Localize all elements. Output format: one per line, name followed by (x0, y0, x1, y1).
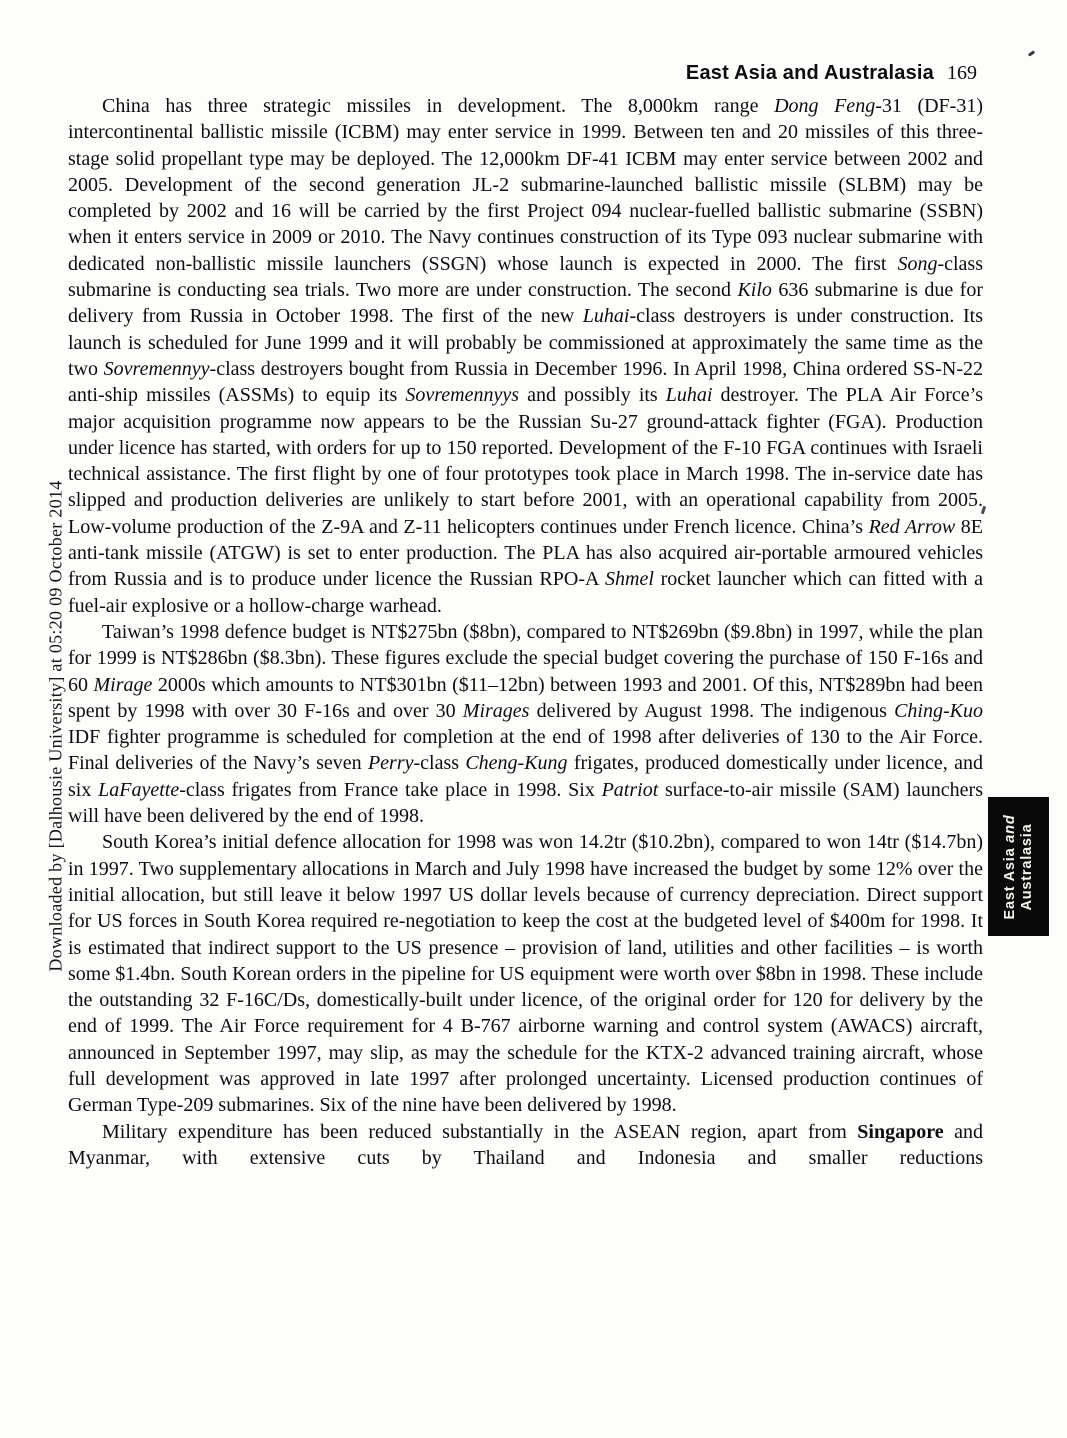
scan-speck (1028, 50, 1035, 56)
section-edge-tab: East Asia and Australasia (988, 797, 1049, 936)
tab-line-2: Australasia (1019, 823, 1035, 910)
running-header: East Asia and Australasia169 (68, 62, 977, 85)
tab-line-1: East Asia and (1002, 814, 1018, 919)
paragraph-china: China has three strategic missiles in de… (68, 93, 983, 619)
download-watermark: Downloaded by [Dalhousie University] at … (46, 480, 67, 971)
paragraph-asean: Military expenditure has been reduced su… (68, 1119, 983, 1172)
page-body: China has three strategic missiles in de… (68, 93, 983, 1171)
paragraph-taiwan: Taiwan’s 1998 defence budget is NT$275bn… (68, 619, 983, 829)
book-page: Downloaded by [Dalhousie University] at … (0, 0, 1067, 1438)
paragraph-south-korea: South Korea’s initial defence allocation… (68, 829, 983, 1118)
scan-speck (981, 506, 986, 515)
section-title: East Asia and Australasia (686, 62, 934, 84)
section-edge-tab-text: East Asia and Australasia (1002, 814, 1036, 919)
page-number: 169 (934, 62, 977, 84)
